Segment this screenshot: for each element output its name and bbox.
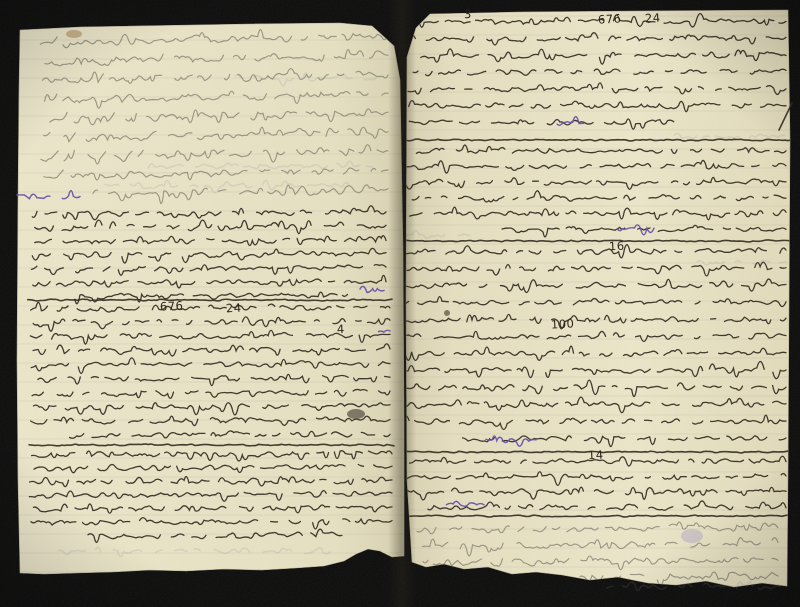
handwriting-canvas [0, 0, 800, 607]
manuscript-photo: 6762436762441610014 [0, 0, 800, 607]
photo-vignette [0, 0, 800, 607]
